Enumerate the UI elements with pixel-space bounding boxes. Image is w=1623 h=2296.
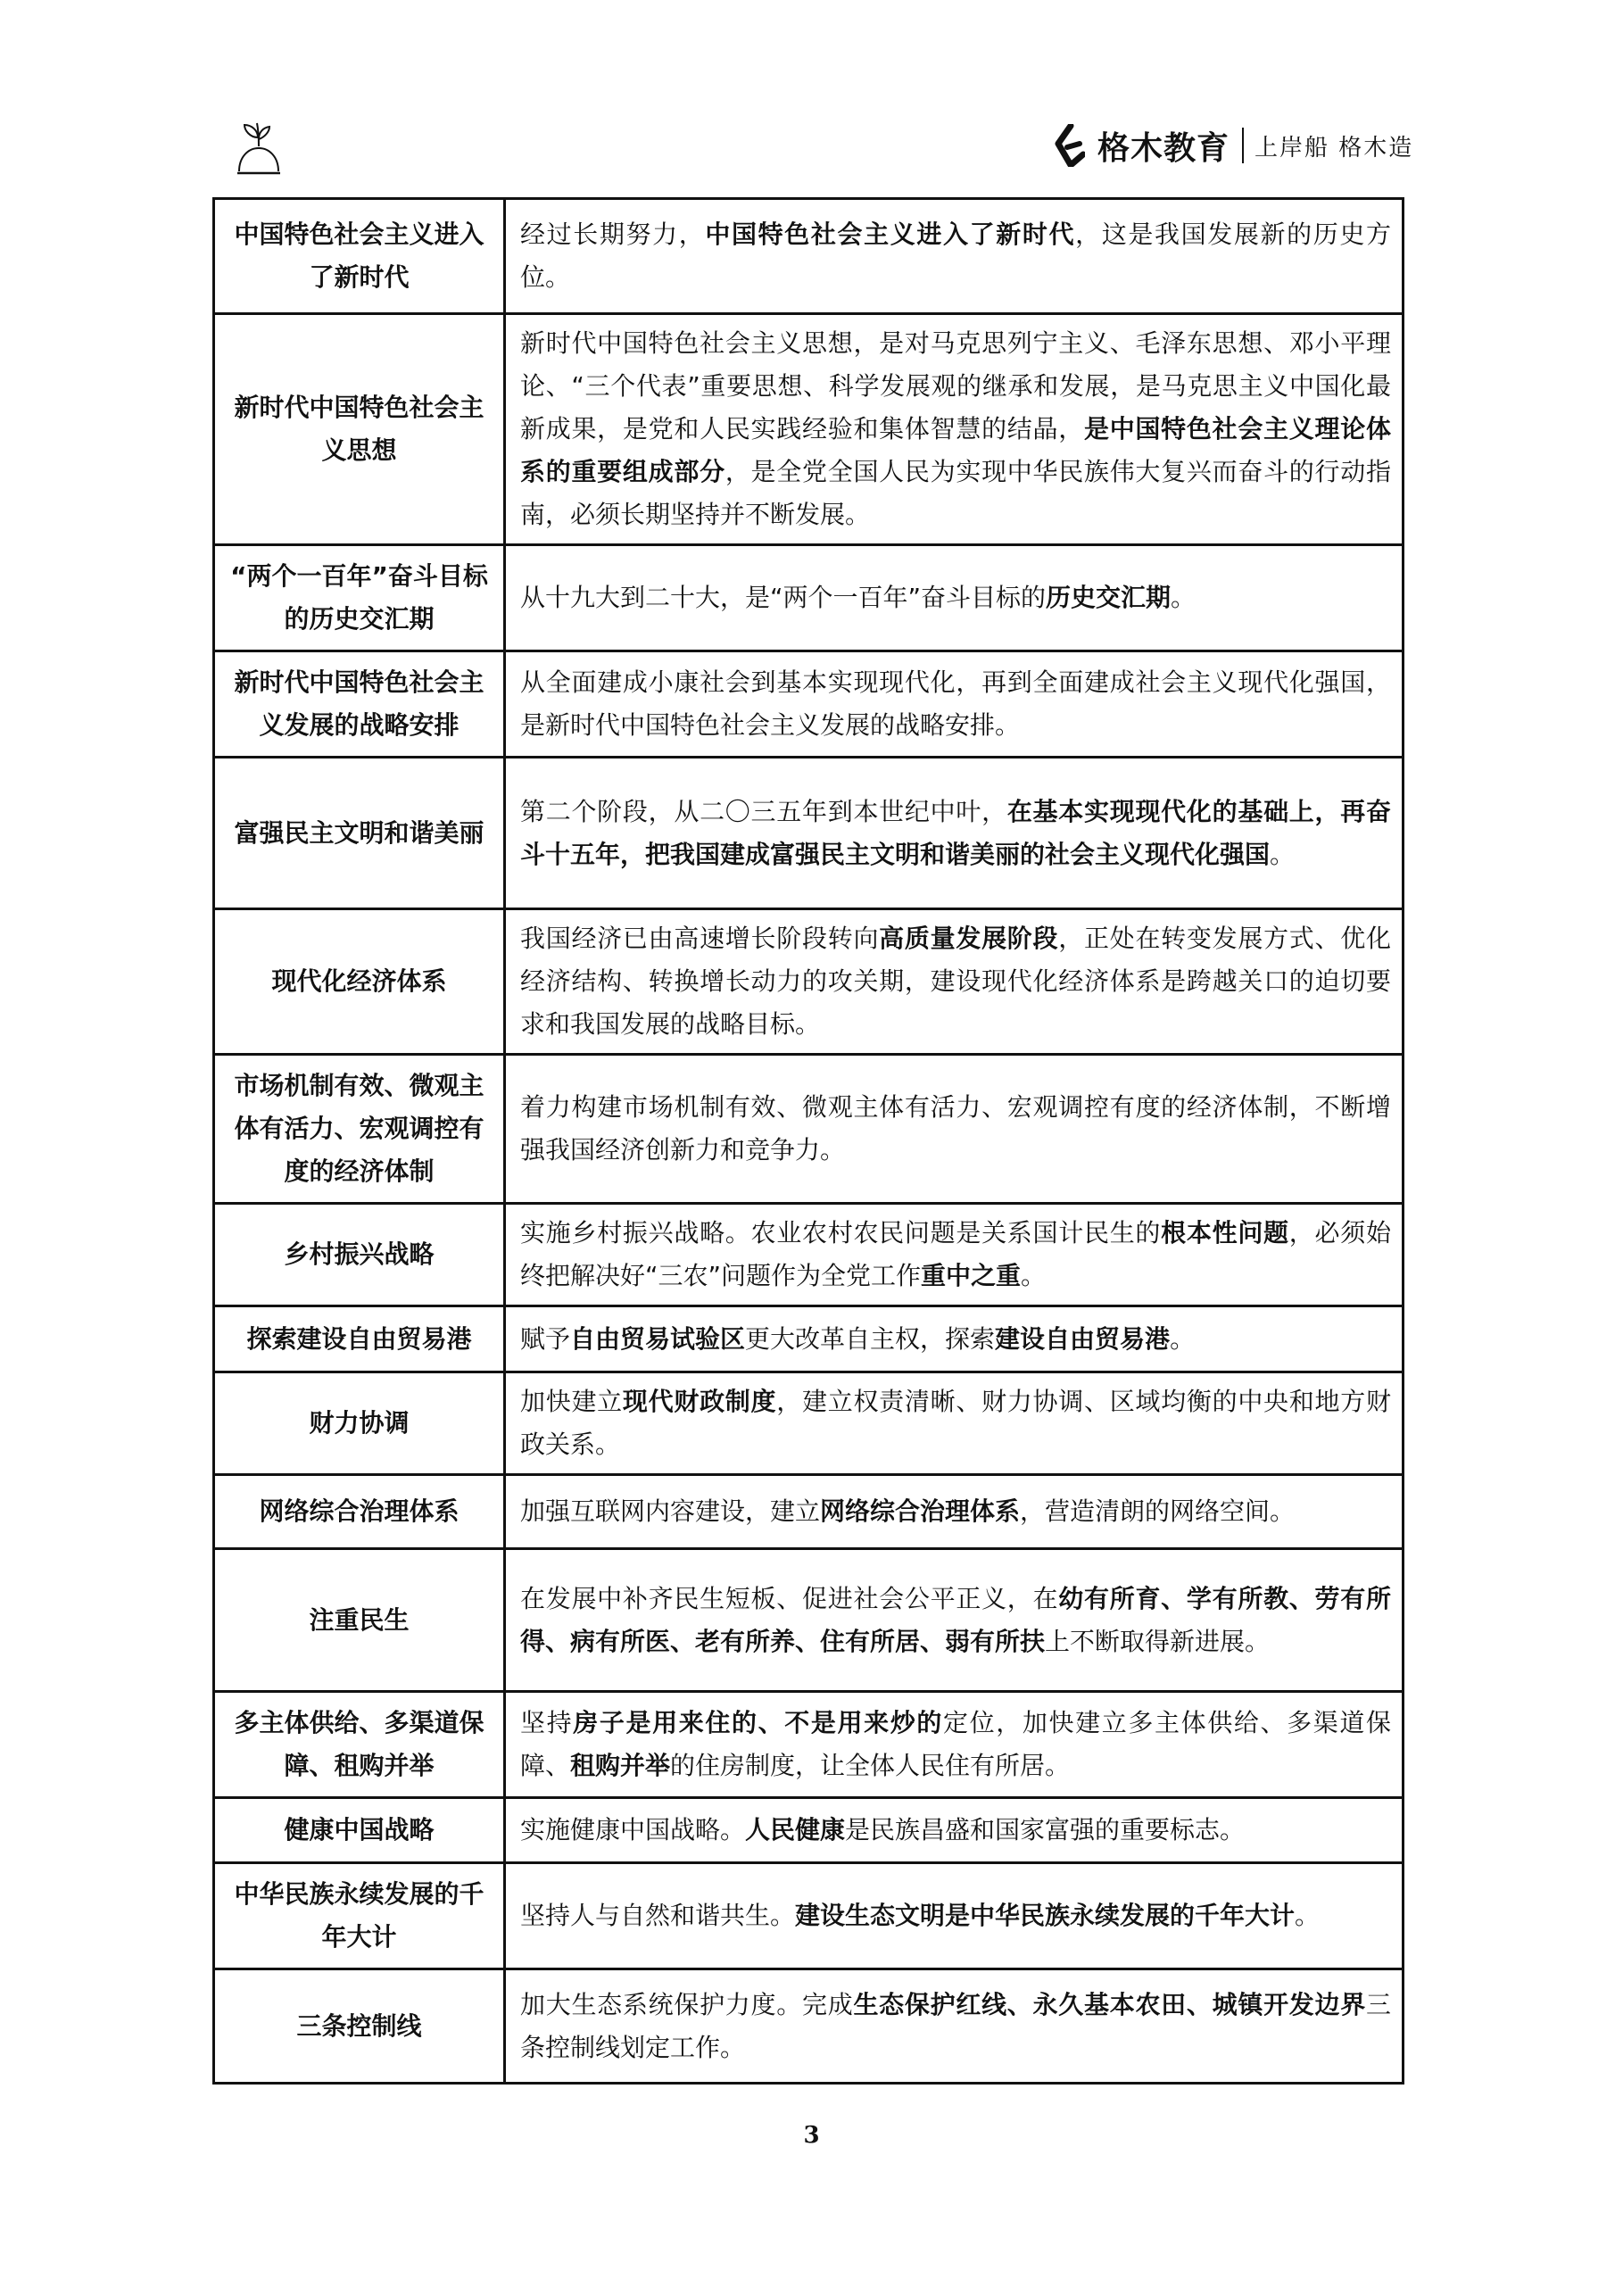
body-text: 加大生态系统保护力度。完成 [520,1990,853,2019]
table-row: 新时代中国特色社会主义发展的战略安排从全面建成小康社会到基本实现现代化，再到全面… [214,651,1404,758]
body-text: 。 [1170,1324,1195,1354]
term-cell: 新时代中国特色社会主义发展的战略安排 [214,651,505,758]
emphasis-text: 自由贸易试验区 [570,1324,745,1354]
term-cell: 中华民族永续发展的千年大计 [214,1863,505,1969]
table-row: 健康中国战略实施健康中国战略。人民健康是民族昌盛和国家富强的重要标志。 [214,1798,1404,1863]
emphasis-text: 现代财政制度 [623,1387,776,1416]
glossary-table: 中国特色社会主义进入了新时代经过长期努力，中国特色社会主义进入了新时代，这是我国… [212,197,1404,2085]
term-cell: 财力协调 [214,1372,505,1475]
emphasis-text: 高质量发展阶段 [879,924,1058,953]
body-text: 。 [1171,583,1196,612]
body-text: 加强互联网内容建设，建立 [520,1496,820,1526]
description-cell: 经过长期努力，中国特色社会主义进入了新时代，这是我国发展新的历史方位。 [505,199,1404,314]
body-text: 在发展中补齐民生短板、促进社会公平正义，在 [520,1584,1058,1613]
emphasis-text: 建设生态文明是中华民族永续发展的千年大计 [795,1901,1295,1930]
description-cell: 坚持人与自然和谐共生。建设生态文明是中华民族永续发展的千年大计。 [505,1863,1404,1969]
table-row: 三条控制线加大生态系统保护力度。完成生态保护红线、永久基本农田、城镇开发边界三条… [214,1969,1404,2084]
emphasis-text: 历史交汇期 [1046,583,1171,612]
body-text: 是民族昌盛和国家富强的重要标志。 [845,1815,1245,1844]
brand-logo: 格木教育 上岸船 格木造 [1053,123,1413,168]
table-row: 注重民生在发展中补齐民生短板、促进社会公平正义，在幼有所育、学有所教、劳有所得、… [214,1549,1404,1692]
emphasis-text: 网络综合治理体系 [820,1496,1020,1526]
description-cell: 实施乡村振兴战略。农业农村农民问题是关系国计民生的根本性问题，必须始终把解决好“… [505,1204,1404,1306]
body-text: 第二个阶段，从二〇三五年到本世纪中叶， [520,797,1007,826]
body-text: 。 [1295,1901,1320,1930]
table-row: 现代化经济体系我国经济已由高速增长阶段转向高质量发展阶段，正处在转变发展方式、优… [214,909,1404,1055]
description-cell: 从全面建成小康社会到基本实现现代化，再到全面建成社会主义现代化强国，是新时代中国… [505,651,1404,758]
body-text: 着力构建市场机制有效、微观主体有活力、宏观调控有度的经济体制，不断增强我国经济创… [520,1092,1391,1165]
term-cell: 新时代中国特色社会主义思想 [214,314,505,545]
description-cell: 加强互联网内容建设，建立网络综合治理体系，营造清朗的网络空间。 [505,1475,1404,1549]
emphasis-text: 中国特色社会主义进入了新时代 [705,220,1075,249]
emphasis-text: 建设自由贸易港 [995,1324,1170,1354]
table-row: 财力协调加快建立现代财政制度，建立权责清晰、财力协调、区域均衡的中央和地方财政关… [214,1372,1404,1475]
description-cell: 赋予自由贸易试验区更大改革自主权，探索建设自由贸易港。 [505,1306,1404,1372]
table-row: “两个一百年”奋斗目标的历史交汇期从十九大到二十大，是“两个一百年”奋斗目标的历… [214,545,1404,651]
emphasis-text: 生态保护红线、永久基本农田、城镇开发边界 [853,1990,1366,2019]
description-cell: 着力构建市场机制有效、微观主体有活力、宏观调控有度的经济体制，不断增强我国经济创… [505,1055,1404,1204]
page-number: 3 [0,2122,1623,2149]
term-cell: 现代化经济体系 [214,909,505,1055]
term-cell: 网络综合治理体系 [214,1475,505,1549]
term-cell: 注重民生 [214,1549,505,1692]
body-text: 更大改革自主权，探索 [745,1324,995,1354]
description-cell: 加快建立现代财政制度，建立权责清晰、财力协调、区域均衡的中央和地方财政关系。 [505,1372,1404,1475]
body-text: 经过长期努力， [520,220,705,249]
body-text: ，营造清朗的网络空间。 [1020,1496,1295,1526]
table-row: 探索建设自由贸易港赋予自由贸易试验区更大改革自主权，探索建设自由贸易港。 [214,1306,1404,1372]
description-cell: 坚持房子是用来住的、不是用来炒的定位，加快建立多主体供给、多渠道保障、租购并举的… [505,1692,1404,1798]
table-row: 中华民族永续发展的千年大计坚持人与自然和谐共生。建设生态文明是中华民族永续发展的… [214,1863,1404,1969]
description-cell: 在发展中补齐民生短板、促进社会公平正义，在幼有所育、学有所教、劳有所得、病有所医… [505,1549,1404,1692]
description-cell: 我国经济已由高速增长阶段转向高质量发展阶段，正处在转变发展方式、优化经济结构、转… [505,909,1404,1055]
description-cell: 第二个阶段，从二〇三五年到本世纪中叶，在基本实现现代化的基础上，再奋斗十五年，把… [505,758,1404,909]
emphasis-text: 租购并举 [570,1751,670,1780]
sprout-icon [234,120,284,175]
emphasis-text: 人民健康 [745,1815,845,1844]
body-text: 实施乡村振兴战略。农业农村农民问题是关系国计民生的 [520,1218,1161,1247]
term-cell: “两个一百年”奋斗目标的历史交汇期 [214,545,505,651]
description-cell: 新时代中国特色社会主义思想，是对马克思列宁主义、毛泽东思想、邓小平理论、“三个代… [505,314,1404,545]
table-row: 中国特色社会主义进入了新时代经过长期努力，中国特色社会主义进入了新时代，这是我国… [214,199,1404,314]
emphasis-text: 重中之重 [921,1261,1021,1290]
table-row: 多主体供给、多渠道保障、租购并举坚持房子是用来住的、不是用来炒的定位，加快建立多… [214,1692,1404,1798]
description-cell: 实施健康中国战略。人民健康是民族昌盛和国家富强的重要标志。 [505,1798,1404,1863]
body-text: 。 [1021,1261,1046,1290]
body-text: 坚持 [520,1708,573,1737]
body-text: 加快建立 [520,1387,623,1416]
body-text: 上不断取得新进展。 [1045,1627,1270,1656]
term-cell: 探索建设自由贸易港 [214,1306,505,1372]
term-cell: 健康中国战略 [214,1798,505,1863]
body-text: 。 [1270,840,1295,869]
body-text: 我国经济已由高速增长阶段转向 [520,924,879,953]
table-row: 网络综合治理体系加强互联网内容建设，建立网络综合治理体系，营造清朗的网络空间。 [214,1475,1404,1549]
emphasis-text: 根本性问题 [1161,1218,1289,1247]
term-cell: 市场机制有效、微观主体有活力、宏观调控有度的经济体制 [214,1055,505,1204]
page-header: 格木教育 上岸船 格木造 [0,0,1623,187]
body-text: 从十九大到二十大，是“两个一百年”奋斗目标的 [520,583,1046,612]
table-row: 新时代中国特色社会主义思想新时代中国特色社会主义思想，是对马克思列宁主义、毛泽东… [214,314,1404,545]
body-text: 从全面建成小康社会到基本实现现代化，再到全面建成社会主义现代化强国，是新时代中国… [520,667,1391,740]
brand-g-mark-icon [1053,124,1085,167]
brand-slogan: 上岸船 格木造 [1255,129,1413,162]
body-text: 实施健康中国战略。 [520,1815,745,1844]
body-text: 赋予 [520,1324,570,1354]
term-cell: 三条控制线 [214,1969,505,2084]
brand-divider [1242,128,1244,163]
table-row: 乡村振兴战略实施乡村振兴战略。农业农村农民问题是关系国计民生的根本性问题，必须始… [214,1204,1404,1306]
body-text: 坚持人与自然和谐共生。 [520,1901,795,1930]
description-cell: 从十九大到二十大，是“两个一百年”奋斗目标的历史交汇期。 [505,545,1404,651]
table-row: 市场机制有效、微观主体有活力、宏观调控有度的经济体制着力构建市场机制有效、微观主… [214,1055,1404,1204]
brand-name: 格木教育 [1097,123,1230,169]
term-cell: 多主体供给、多渠道保障、租购并举 [214,1692,505,1798]
term-cell: 富强民主文明和谐美丽 [214,758,505,909]
term-cell: 乡村振兴战略 [214,1204,505,1306]
description-cell: 加大生态系统保护力度。完成生态保护红线、永久基本农田、城镇开发边界三条控制线划定… [505,1969,1404,2084]
term-cell: 中国特色社会主义进入了新时代 [214,199,505,314]
emphasis-text: 房子是用来住的、不是用来炒的 [573,1708,943,1737]
glossary-table-body: 中国特色社会主义进入了新时代经过长期努力，中国特色社会主义进入了新时代，这是我国… [214,199,1404,2084]
body-text: 的住房制度，让全体人民住有所居。 [670,1751,1070,1780]
table-row: 富强民主文明和谐美丽第二个阶段，从二〇三五年到本世纪中叶，在基本实现现代化的基础… [214,758,1404,909]
